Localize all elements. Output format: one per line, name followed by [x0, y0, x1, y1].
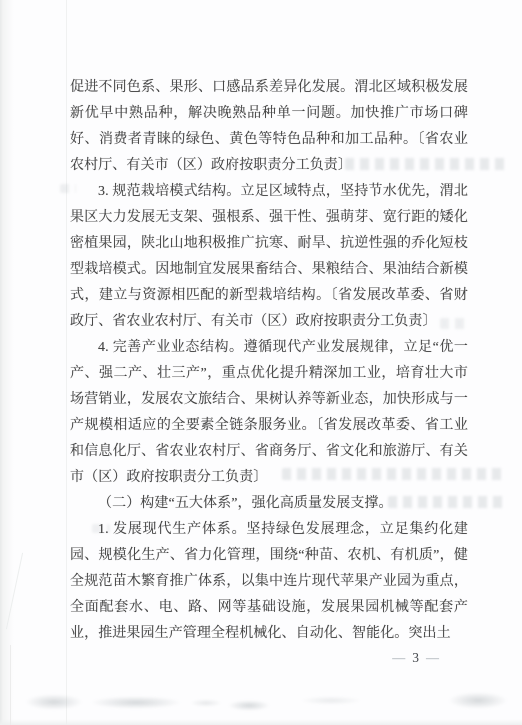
scan-edge-artifact	[10, 645, 11, 725]
page-number: —3—	[386, 649, 446, 667]
scan-smudge	[25, 694, 83, 710]
scan-edge-bottom	[0, 719, 522, 725]
paragraph-continued: 促进不同色系、果形、口感品系差异化发展。渭北区域积极发展新优早中熟品种，解决晚熟…	[70, 75, 468, 179]
page-number-dash-left: —	[386, 650, 412, 665]
paragraph-item-1: 1. 发展现代生产体系。坚持绿色发展理念，立足集约化建园、规模化生产、省力化管理…	[70, 517, 468, 647]
paragraph-item-4: 4. 完善产业业态结构。遵循现代产业发展规律，立足“优一产、强二产、壮三产”，重…	[70, 335, 468, 491]
scan-smudge	[300, 696, 362, 705]
section-heading-2: （二）构建“五大体系”，强化高质量发展支撑。	[70, 491, 468, 517]
scan-smudge	[228, 700, 270, 711]
page-number-dash-right: —	[420, 650, 446, 665]
scan-smudge	[448, 692, 508, 709]
paragraph-item-3: 3. 规范栽培模式结构。立足区域特点，坚持节水优先，渭北果区大力发展无支架、强根…	[70, 179, 468, 335]
page-fold-line	[66, 0, 67, 725]
page-number-value: 3	[412, 650, 420, 665]
document-body: 促进不同色系、果形、口感品系差异化发展。渭北区域积极发展新优早中熟品种，解决晚熟…	[70, 75, 468, 647]
scan-edge-left	[0, 0, 14, 725]
scan-smudge	[90, 696, 182, 709]
scanned-document-page: 促进不同色系、果形、口感品系差异化发展。渭北区域积极发展新优早中熟品种，解决晚熟…	[0, 0, 522, 725]
scan-smudge	[190, 699, 222, 707]
